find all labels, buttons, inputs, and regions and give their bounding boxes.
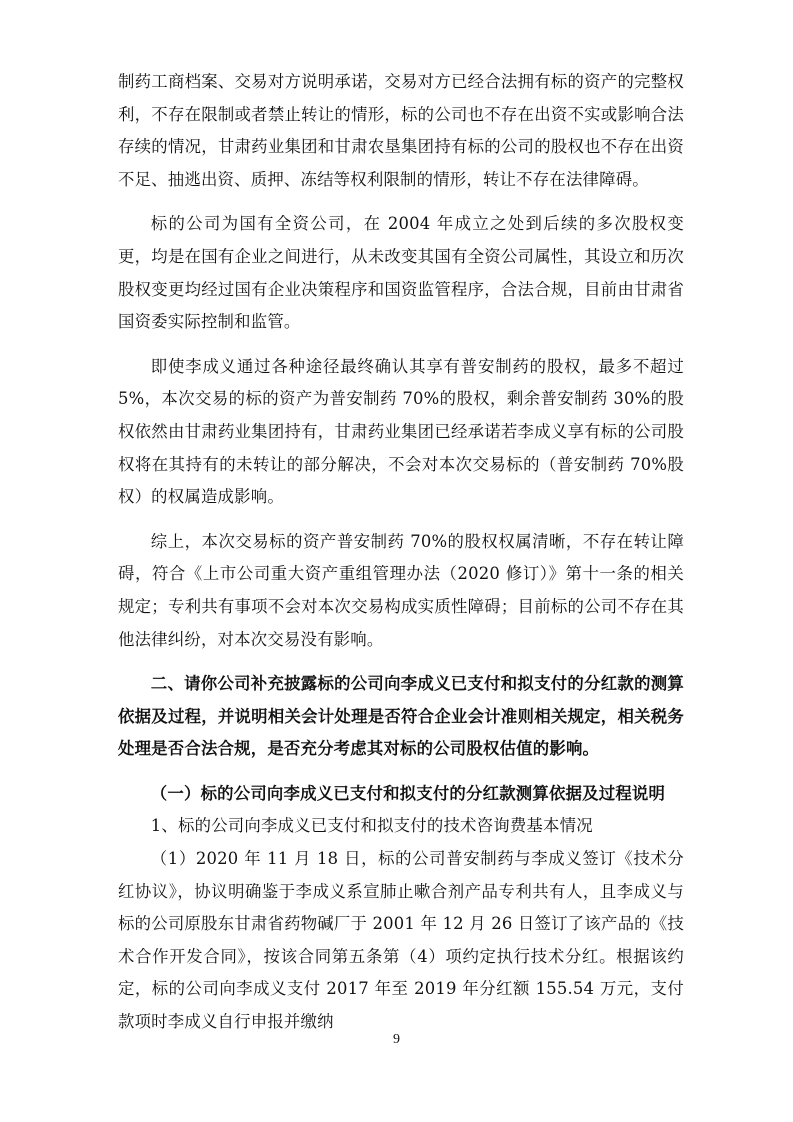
- paragraph-summary: 综上，本次交易标的资产普安制药 70%的股权权属清晰，不存在转让障碍，符合《上市…: [118, 526, 684, 656]
- paragraph-gap: [118, 656, 684, 668]
- paragraph-gap: [118, 766, 684, 778]
- paragraph-ownership-confirmation: 制药工商档案、交易对方说明承诺，交易对方已经合法拥有标的资产的完整权利，不存在限…: [118, 66, 684, 196]
- paragraph-dividend-agreement: （1）2020 年 11 月 18 日，标的公司普安制药与李成义签订《技术分红协…: [118, 843, 684, 1039]
- question-heading-two: 二、请你公司补充披露标的公司向李成义已支付和拟支付的分红款的测算依据及过程，并说…: [118, 668, 684, 766]
- subsection-heading-1: 1、标的公司向李成义已支付和拟支付的技术咨询费基本情况: [118, 810, 684, 843]
- page-number: 9: [0, 1032, 793, 1048]
- paragraph-gap: [118, 339, 684, 351]
- paragraph-gap: [118, 196, 684, 208]
- document-page: 制药工商档案、交易对方说明承诺，交易对方已经合法拥有标的资产的完整权利，不存在限…: [118, 66, 684, 1039]
- section-heading-one: （一）标的公司向李成义已支付和拟支付的分红款测算依据及过程说明: [118, 778, 684, 811]
- paragraph-equity-limit: 即使李成义通过各种途径最终确认其享有普安制药的股权，最多不超过 5%，本次交易的…: [118, 351, 684, 514]
- paragraph-state-owned-status: 标的公司为国有全资公司，在 2004 年成立之处到后续的多次股权变更，均是在国有…: [118, 208, 684, 338]
- paragraph-gap: [118, 514, 684, 526]
